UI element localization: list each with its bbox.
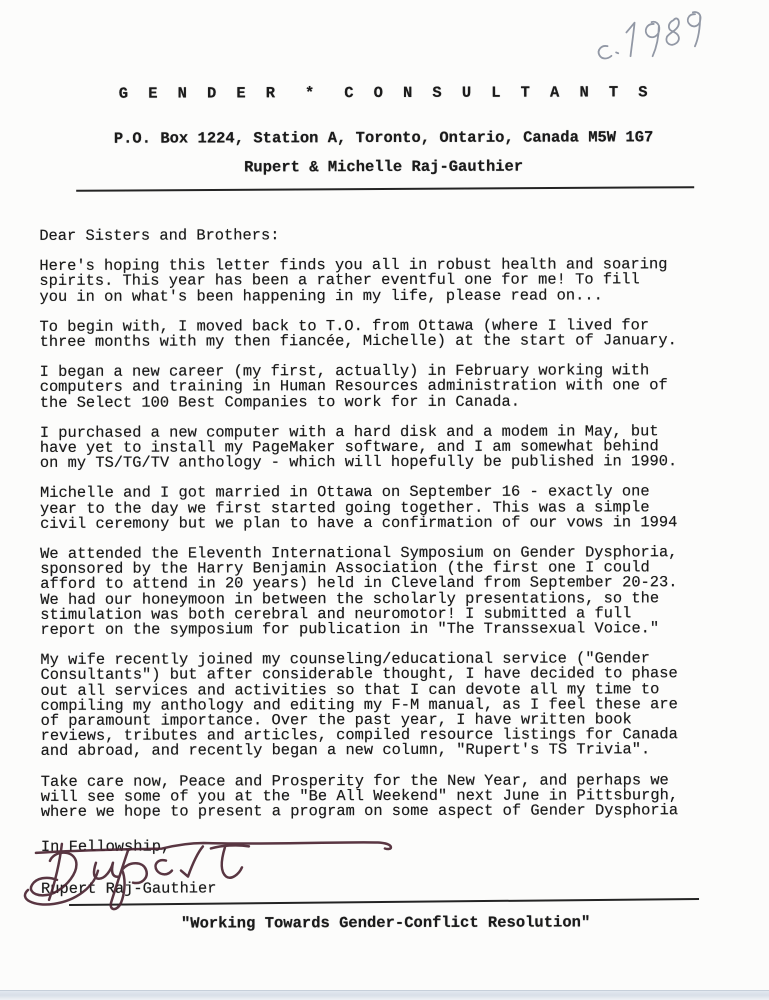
letter-paragraph: Take care now, Peace and Prosperity for … [41,773,741,820]
handwritten-signature [16,822,416,915]
scanned-letter-page: G E N D E R * C O N S U L T A N T S P.O.… [0,0,769,1000]
letter-paragraph: We attended the Eleventh International S… [40,545,740,638]
letter-paragraph: I purchased a new computer with a hard d… [40,424,740,471]
salutation: Dear Sisters and Brothers: [39,227,739,244]
letter-body: Dear Sisters and Brothers: Here's hoping… [39,227,741,835]
letter-paragraph: Here's hoping this letter finds you all … [39,257,739,304]
letterhead-org-name: G E N D E R * C O N S U L T A N T S [0,83,768,103]
letter-paragraph: I began a new career (my first, actually… [40,363,740,410]
letterhead-divider-rule [76,186,694,192]
paragraph-list: Here's hoping this letter finds you all … [39,257,740,820]
scan-bottom-edge [0,990,769,1000]
letter-paragraph: My wife recently joined my counseling/ed… [40,651,740,759]
letter-paragraph: Michelle and I got married in Ottawa on … [40,485,740,532]
letterhead-address: P.O. Box 1224, Station A, Toronto, Ontar… [0,128,768,148]
footer-motto: "Working Towards Gender-Conflict Resolut… [1,913,769,933]
letterhead-contact-names: Rupert & Michelle Raj-Gauthier [0,157,768,177]
letter-paragraph: To begin with, I moved back to T.O. from… [40,318,740,350]
handwritten-year-annotation [584,0,739,72]
